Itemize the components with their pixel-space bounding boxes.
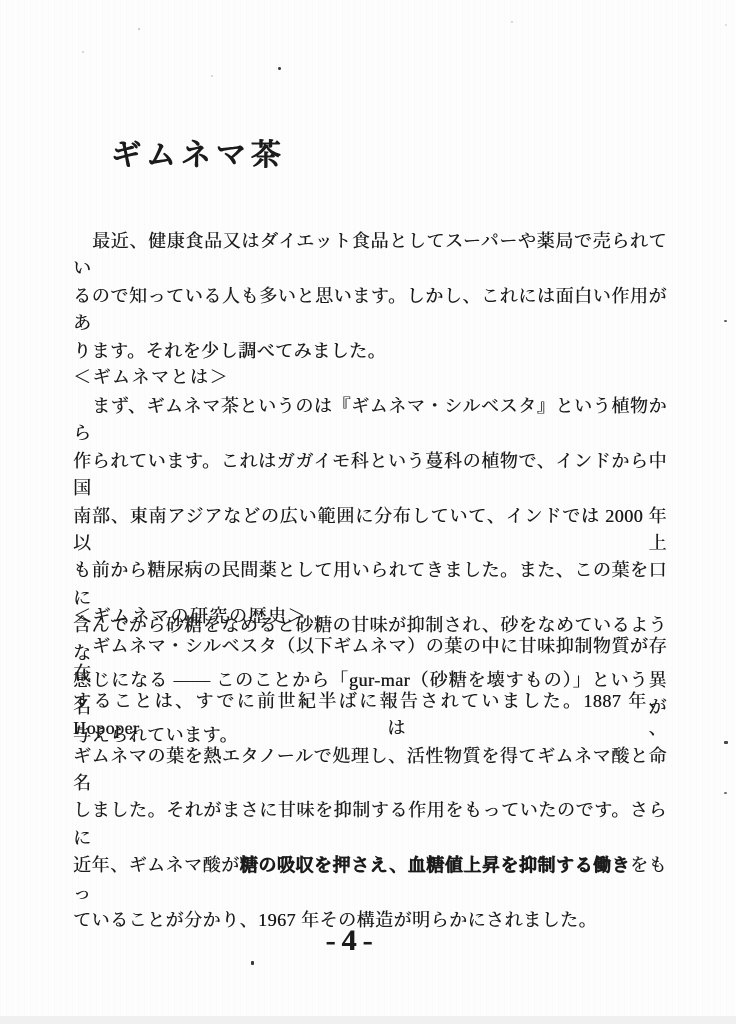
section-history-paragraph: ギムネマ・シルベスタ（以下ギムネマ）の葉の中に甘味抑制物質が存在することは、すで…	[73, 633, 667, 934]
text-segment: することは、すでに前世紀半ばに報告されていました。1887 年、Hopoper …	[73, 691, 667, 738]
intro-paragraph: 最近、健康食品又はダイエット食品としてスーパーや薬局で売られているので知っている…	[73, 228, 667, 365]
scan-speck	[211, 75, 213, 77]
text-segment: ります。それを少し調べてみました。	[73, 341, 386, 361]
text-segment: しました。それがまさに甘味を抑制する作用をもっていたのです。さらに	[73, 800, 667, 847]
text-line: 南部、東南アジアなどの広い範囲に分布していて、インドでは 2000 年以上	[73, 503, 667, 558]
text-segment: ギムネマの葉を熱エタノールで処理し、活性物質を得てギムネマ酸と命名	[73, 746, 667, 793]
scan-speck	[511, 21, 513, 23]
scan-bottom-edge	[0, 1016, 736, 1024]
scan-speck	[278, 67, 281, 70]
text-line: しました。それがまさに甘味を抑制する作用をもっていたのです。さらに	[73, 797, 667, 852]
text-segment: ギムネマ・シルベスタ（以下ギムネマ）の葉の中に甘味抑制物質が存在	[73, 636, 667, 683]
scan-speck	[138, 28, 140, 30]
text-segment: 作られています。これはガガイモ科という蔓科の植物で、インドから中国	[73, 451, 667, 498]
text-segment: 南部、東南アジアなどの広い範囲に分布していて、インドでは 2000 年以上	[73, 506, 667, 553]
text-segment: 最近、健康食品又はダイエット食品としてスーパーや薬局で売られてい	[73, 231, 667, 278]
text-segment: るので知っている人も多いと思います。しかし、これには面白い作用があ	[73, 286, 667, 333]
scan-speck	[725, 24, 727, 26]
text-segment: も前から糖尿病の民間薬として用いられてきました。また、この葉を口に	[73, 560, 667, 607]
text-line: ギムネマの葉を熱エタノールで処理し、活性物質を得てギムネマ酸と命名	[73, 743, 667, 798]
scan-speck	[82, 51, 84, 53]
scan-speck	[251, 961, 254, 965]
text-line: 作られています。これはガガイモ科という蔓科の植物で、インドから中国	[73, 448, 667, 503]
text-line: るので知っている人も多いと思います。しかし、これには面白い作用があ	[73, 283, 667, 338]
scan-speck	[724, 792, 727, 794]
text-line: ります。それを少し調べてみました。	[73, 338, 667, 365]
page-number: -4-	[272, 924, 432, 958]
section-heading-history: ＜ギムネマの研究の歴史＞	[73, 603, 667, 630]
text-line: することは、すでに前世紀半ばに報告されていました。1887 年、Hopoper …	[73, 688, 667, 743]
scan-speck	[724, 320, 727, 322]
document-title: ギムネマ茶	[111, 138, 286, 174]
text-line: ギムネマ・シルベスタ（以下ギムネマ）の葉の中に甘味抑制物質が存在	[73, 633, 667, 688]
text-line: 最近、健康食品又はダイエット食品としてスーパーや薬局で売られてい	[73, 228, 667, 283]
text-segment: 近年、ギムネマ酸が	[73, 855, 240, 875]
text-line: 近年、ギムネマ酸が糖の吸収を押さえ、血糖値上昇を抑制する働きをもっ	[73, 852, 667, 907]
bold-text-segment: 糖の吸収を押さえ、血糖値上昇を抑制する働き	[240, 855, 630, 875]
text-segment: まず、ギムネマ茶というのは『ギムネマ・シルベスタ』という植物から	[73, 396, 667, 443]
scanned-page: ギムネマ茶 最近、健康食品又はダイエット食品としてスーパーや薬局で売られているの…	[0, 0, 736, 1024]
section-heading-what: ＜ギムネマとは＞	[73, 364, 667, 391]
scan-speck	[724, 741, 728, 744]
text-line: まず、ギムネマ茶というのは『ギムネマ・シルベスタ』という植物から	[73, 393, 667, 448]
